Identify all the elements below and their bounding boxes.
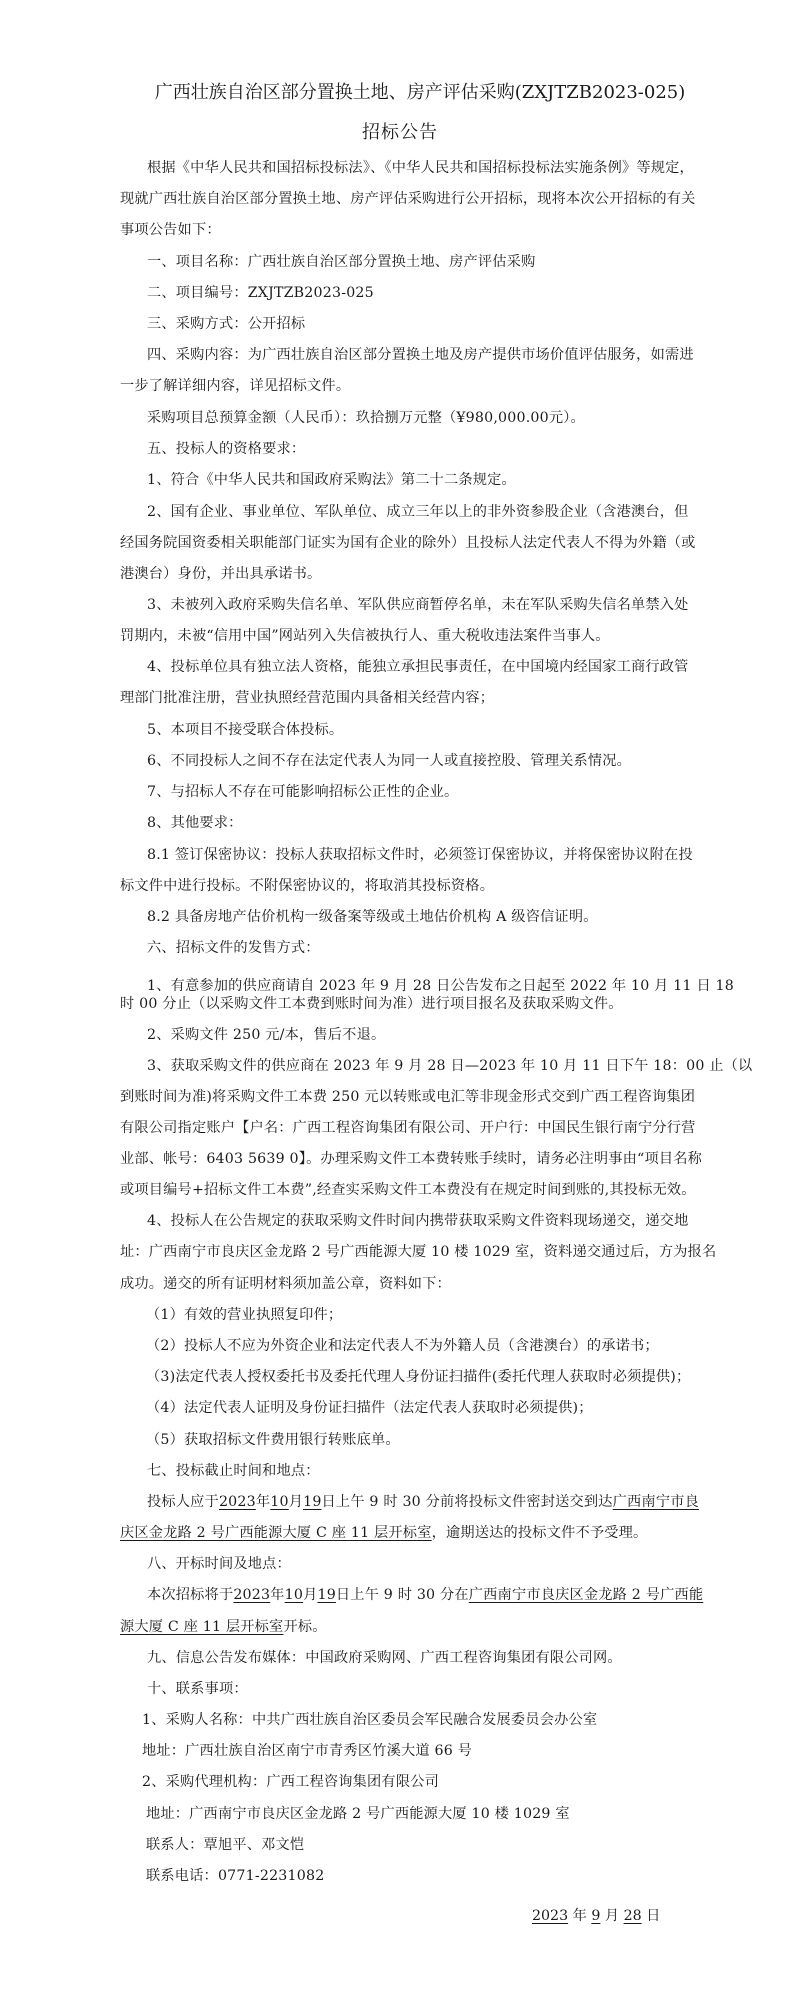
opening-year: 2023 [233,1587,270,1603]
text-line: 到账时间为准)将采购文件工本费 250 元以转账或电汇等非现金形式交到广西工程咨… [120,1087,685,1107]
text: 日上午 9 时 30 分在 [336,1587,469,1603]
text: ，逾期送达的投标文件不予受理。 [432,1525,648,1541]
date-year: 2023 [532,1908,568,1924]
text-line: 或项目编号+招标文件工本费”,经查实采购文件工本费没有在规定时间到账的,其投标无… [120,1180,685,1200]
text-line: 2、国有企业、事业单位、军队单位、成立三年以上的非外资参股企业（含港澳台，但 [147,502,685,522]
text-line: 址：广西南宁市良庆区金龙路 2 号广西能源大厦 10 楼 1029 室，资料递交… [120,1242,685,1262]
text-line: 现就广西壮族自治区部分置换土地、房产评估采购进行公开招标，现将本次公开招标的有关 [120,189,685,209]
document-title-text: 广西壮族自治区部分置换土地、房产评估采购(ZXJTZB2023-025) [155,78,686,104]
opening-day: 19 [317,1587,335,1603]
deadline-year: 2023 [219,1494,256,1510]
text-line: 联系人：覃旭平、邓文恺 [146,1835,711,1855]
text-line: 采购项目总预算金额（人民币）：玖拾捌万元整（¥980,000.00元）。 [147,408,685,428]
text: 日上午 9 时 30 分前将投标文件密封送交到达 [322,1494,613,1510]
text-line: （2）投标人不应为外资企业和法定代表人不为外籍人员（含港澳台）的承诺书； [146,1336,711,1356]
opening-place: 广西南宁市良庆区金龙路 2 号广西能 [469,1587,703,1603]
text-line: 4、投标单位具有独立法人资格，能独立承担民事责任，在中国境内经国家工商行政管 [147,657,685,677]
text: 月 [303,1587,317,1603]
section-8-heading: 八、开标时间及地点： [147,1554,685,1574]
document-title: 广西壮族自治区部分置换土地、房产评估采购(ZXJTZB2023-025) [0,78,800,104]
text-line: 经国务院国资委相关职能部门证实为国有企业的除外）且投标人法定代表人不得为外籍（或 [120,533,685,553]
text: 年 [270,1587,284,1603]
text-line: 1、符合《中华人民共和国政府采购法》第二十二条规定。 [147,470,685,490]
text-line: 8、其他要求： [147,813,685,833]
opening-place: 源大厦 C 座 11 层开标室 [120,1619,283,1635]
text-line: 5、本项目不接受联合体投标。 [147,720,685,740]
document-subtitle: 招标公告 [0,118,800,144]
text-line: （4）法定代表人证明及身份证扫描件（法定代表人获取时必须提供)； [146,1398,711,1418]
text-line: 理部门批准注册，营业执照经营范围内具备相关经营内容； [120,688,685,708]
text-line: 四、采购内容：为广西壮族自治区部分置换土地及房产提供市场价值评估服务，如需进 [147,345,685,365]
text-line: 一、项目名称：广西壮族自治区部分置换土地、房产评估采购 [147,252,685,272]
text-line: 2、采购代理机构：广西工程咨询集团有限公司 [142,1772,707,1792]
date-month: 9 [591,1908,600,1924]
text-line: 二、项目编号：ZXJTZB2023-025 [147,283,685,303]
opening-month: 10 [285,1587,303,1603]
text-line: 联系电话：0771-2231082 [146,1866,711,1886]
announcement-document: 广西壮族自治区部分置换土地、房产评估采购(ZXJTZB2023-025) 招标公… [0,0,800,2003]
text-line: 8.1 签订保密协议：投标人获取招标文件时，必须签订保密协议，并将保密协议附在投 [147,845,685,865]
text-line: 1、有意参加的供应商请自 2023 年 9 月 28 日公告发布之日起至 202… [147,976,685,996]
text-line: （1）有效的营业执照复印件； [146,1305,711,1325]
text: 日 [642,1908,661,1924]
text: 月 [600,1908,623,1924]
text-line: 一步了解详细内容，详见招标文件。 [120,376,685,396]
text: 年 [568,1908,591,1924]
deadline-month: 10 [270,1494,288,1510]
text-line: 7、与招标人不存在可能影响招标公正性的企业。 [147,782,685,802]
text: 月 [289,1494,303,1510]
text-line: 3、获取采购文件的供应商在 2023 年 9 月 28 日—2023 年 10 … [147,1056,685,1076]
text-line: 8.2 具备房地产估价机构一级备案等级或土地估价机构 A 级咨信证明。 [147,907,685,927]
text-line: 成功。递交的所有证明材料须加盖公章，资料如下： [120,1274,685,1294]
text-line: 五、投标人的资格要求： [147,439,685,459]
text-line: 六、招标文件的发售方式： [147,938,685,958]
text-line: 3、未被列入政府采购失信名单、军队供应商暂停名单，未在军队采购失信名单禁入处 [147,595,685,615]
deadline-line-1: 投标人应于2023年10月19日上午 9 时 30 分前将投标文件密封送交到达广… [147,1492,685,1512]
text-line: 4、投标人在公告规定的获取采购文件时间内携带获取采购文件资料现场递交，递交地 [147,1211,685,1231]
deadline-line-2: 庆区金龙路 2 号广西能源大厦 C 座 11 层开标室，逾期送达的投标文件不予受… [120,1523,685,1543]
text: 投标人应于 [147,1494,219,1510]
opening-line-1: 本次招标将于2023年10月19日上午 9 时 30 分在广西南宁市良庆区金龙路… [147,1585,685,1605]
text-line: 三、采购方式：公开招标 [147,314,685,334]
opening-line-2: 源大厦 C 座 11 层开标室开标。 [120,1617,685,1637]
text-line: 有限公司指定账户【户名：广西工程咨询集团有限公司、开户行：中国民生银行南宁分行营 [120,1118,685,1138]
text-line: 地址：广西南宁市良庆区金龙路 2 号广西能源大厦 10 楼 1029 室 [146,1804,711,1824]
text: 本次招标将于 [147,1587,233,1603]
text-line: 根据《中华人民共和国招标投标法》、《中华人民共和国招标投标法实施条例》等规定， [147,158,685,178]
deadline-place: 广西南宁市良 [613,1494,699,1510]
text-line: 七、投标截止时间和地点： [147,1461,685,1481]
text-line: 6、不同投标人之间不存在法定代表人为同一人或直接控股、管理关系情况。 [147,751,685,771]
issue-date: 2023 年 9 月 28 日 [532,1906,660,1926]
deadline-day: 19 [303,1494,321,1510]
text-line: 业部、帐号：6403 5639 0】。办理采购文件工本费转账手续时，请务必注明事… [120,1149,685,1169]
text-line: 事项公告如下： [120,220,685,240]
text-line: 标文件中进行投标。不附保密协议的，将取消其投标资格。 [120,876,685,896]
text-line: 九、信息公告发布媒体：中国政府采购网、广西工程咨询集团有限公司网。 [147,1648,685,1668]
text-line: 十、联系事项： [147,1679,685,1699]
text-line: 港澳台）身份，并出具承诺书。 [120,564,685,584]
text-line: （3)法定代表人授权委托书及委托代理人身份证扫描件(委托代理人获取时必须提供)； [146,1367,711,1387]
text: 开标。 [283,1619,326,1635]
text-line: 1、采购人名称：中共广西壮族自治区委员会军民融合发展委员会办公室 [142,1710,707,1730]
date-day: 28 [624,1908,642,1924]
deadline-place: 庆区金龙路 2 号广西能源大厦 C 座 11 层开标室 [120,1525,432,1541]
text-line: 地址：广西壮族自治区南宁市青秀区竹溪大道 66 号 [142,1741,707,1761]
text-line: 罚期内，未被“信用中国”网站列入失信被执行人、重大税收违法案件当事人。 [120,626,685,646]
text-line: （5）获取招标文件费用银行转账底单。 [146,1430,711,1450]
text-line: 2、采购文件 250 元/本，售后不退。 [147,1025,685,1045]
text: 年 [256,1494,270,1510]
text-line: 时 00 分止（以采购文件工本费到账时间为准）进行项目报名及获取采购文件。 [120,994,685,1014]
